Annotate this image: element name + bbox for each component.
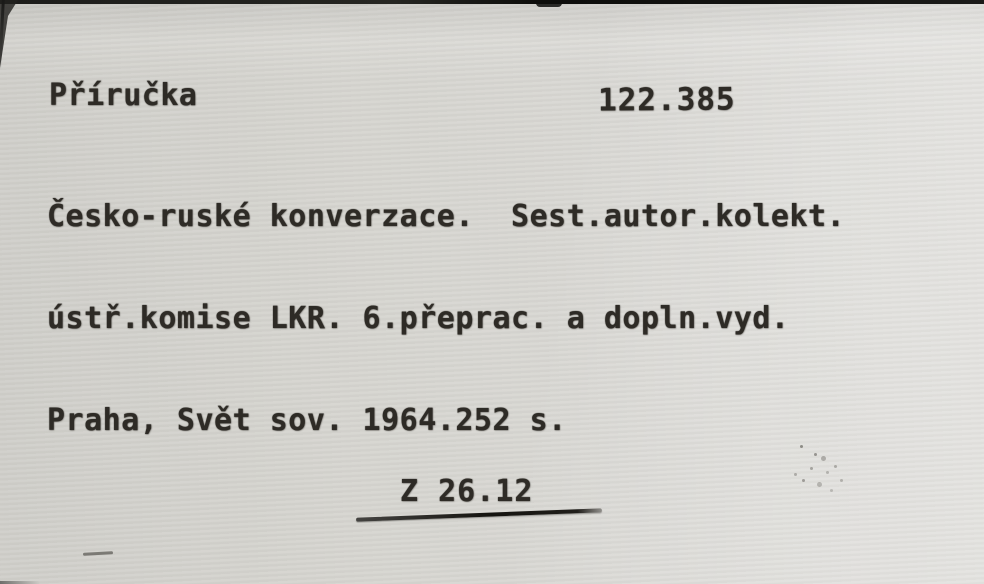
biblio-line-1: Česko-ruské konverzace. Sest.autor.kolek… (47, 200, 845, 234)
scan-top-edge (0, 0, 984, 4)
catalog-card-scan: Příručka 122.385 Česko-ruské konverzace.… (0, 0, 984, 584)
call-number: Z 26.12 (400, 474, 533, 509)
stray-ink-mark (83, 551, 113, 556)
biblio-line-3: Praha, Svět sov. 1964.252 s. (47, 404, 845, 438)
card-heading: Příručka (49, 78, 198, 113)
scan-edge-blob (536, 0, 562, 7)
call-number-underline (356, 508, 602, 521)
catalog-number: 122.385 (598, 82, 736, 119)
ink-speckle-smudge (800, 445, 803, 448)
biblio-line-2: ústř.komise LKR. 6.přeprac. a dopln.vyd. (47, 302, 845, 336)
bibliographic-entry: Česko-ruské konverzace. Sest.autor.kolek… (47, 132, 845, 506)
